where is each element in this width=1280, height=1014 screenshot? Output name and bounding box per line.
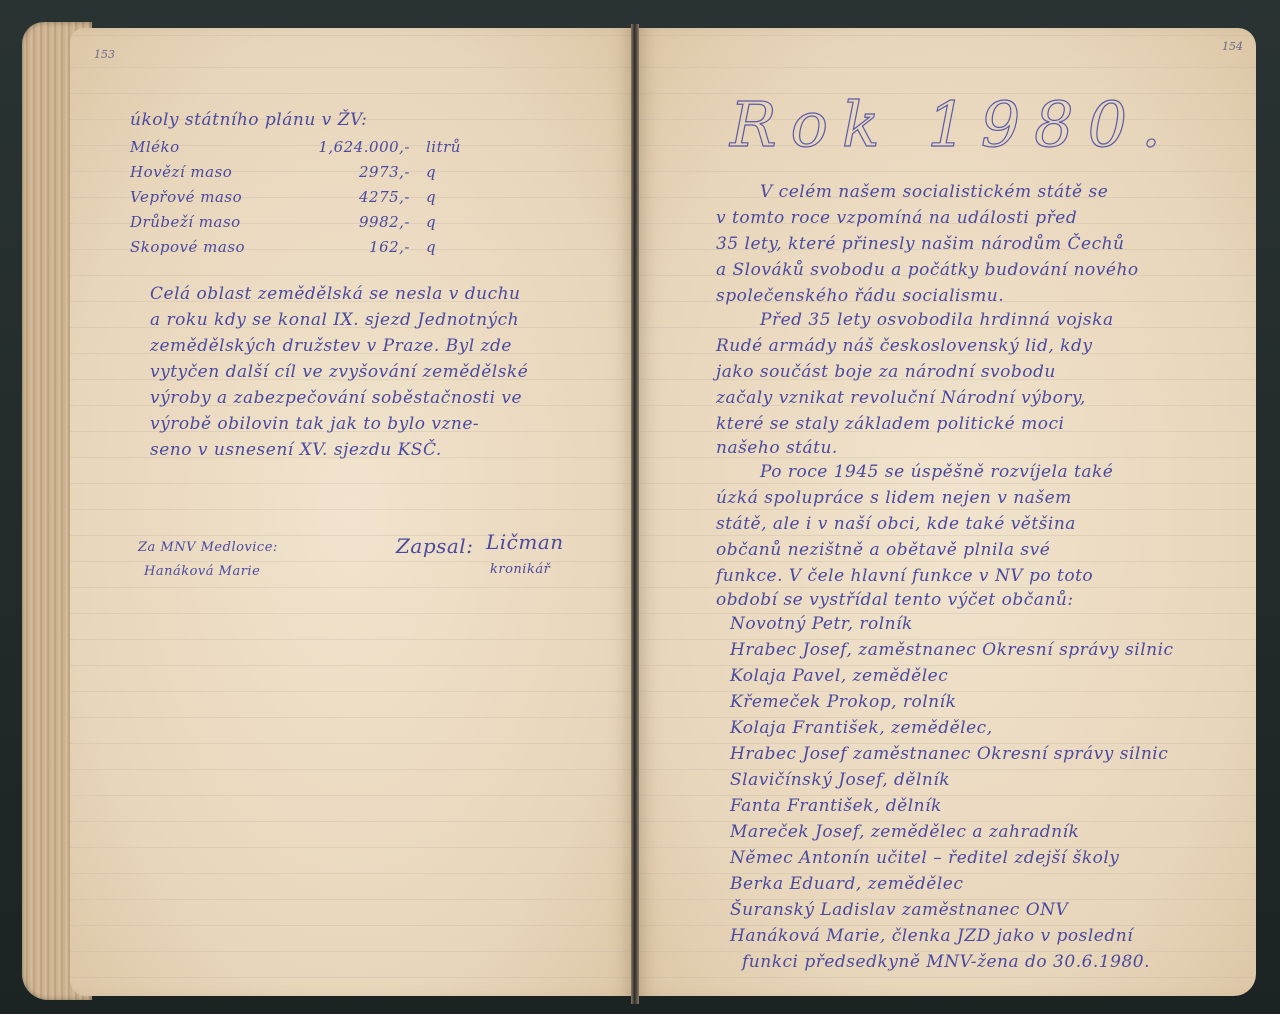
table-heading: úkoly státního plánu v ŽV: xyxy=(130,110,367,130)
signature-right-role: kronikář xyxy=(490,562,550,577)
table-unit: q xyxy=(426,238,436,256)
paragraph-line: Před 35 lety osvobodila hrdinná vojska xyxy=(760,310,1114,330)
paragraph-line: našeho státu. xyxy=(716,438,838,458)
official-list-item: Hrabec Josef, zaměstnanec Okresní správy… xyxy=(730,640,1174,660)
table-value: 1,624.000,- xyxy=(318,138,410,156)
paragraph-line: funkce. V čele hlavní funkce v NV po tot… xyxy=(716,566,1093,586)
paragraph-line: V celém našem socialistickém státě se xyxy=(760,182,1108,202)
paragraph-line: a Slováků svobodu a počátky budování nov… xyxy=(716,260,1139,280)
official-list-item: Fanta František, dělník xyxy=(730,796,942,816)
official-list-item: Křemeček Prokop, rolník xyxy=(730,692,956,712)
table-unit: q xyxy=(426,213,436,231)
paragraph-line: výrobě obilovin tak jak to bylo vzne- xyxy=(150,414,479,434)
official-list-item: funkci předsedkyně MNV-žena do 30.6.1980… xyxy=(742,952,1150,972)
table-item: Mléko xyxy=(130,138,180,156)
signature-right-label: Zapsal: xyxy=(396,534,473,558)
table-row: Mléko 1,624.000,- litrů xyxy=(130,138,470,164)
paragraph-line: Celá oblast zemědělská se nesla v duchu xyxy=(150,284,521,304)
table-row: Skopové maso 162,- q xyxy=(130,238,470,264)
paragraph-line: které se staly základem politické moci xyxy=(716,414,1064,434)
table-row: Drůbeží maso 9982,- q xyxy=(130,213,470,239)
paragraph-line: období se vystřídal tento výčet občanů: xyxy=(716,590,1074,610)
book-gutter xyxy=(631,24,639,1004)
official-list-item: Mareček Josef, zemědělec a zahradník xyxy=(730,822,1079,842)
paragraph-line: společenského řádu socialismu. xyxy=(716,286,1004,306)
official-list-item: Hanáková Marie, členka JZD jako v posled… xyxy=(730,926,1133,946)
table-value: 4275,- xyxy=(359,188,410,206)
table-unit: q xyxy=(426,188,436,206)
paragraph-line: a roku kdy se konal IX. sjezd Jednotných xyxy=(150,310,519,330)
official-list-item: Kolaja František, zemědělec, xyxy=(730,718,993,738)
table-row: Vepřové maso 4275,- q xyxy=(130,188,470,214)
page-title: Rok 1980. xyxy=(730,88,1175,161)
paragraph-line: státě, ale i v naší obci, kde také větši… xyxy=(716,514,1076,534)
official-list-item: Kolaja Pavel, zemědělec xyxy=(730,666,948,686)
table-value: 2973,- xyxy=(359,163,410,181)
table-unit: q xyxy=(426,163,436,181)
left-page-number: 153 xyxy=(94,48,115,61)
table-row: Hovězí maso 2973,- q xyxy=(130,163,470,189)
paragraph-line: úzká spolupráce s lidem nejen v našem xyxy=(716,488,1072,508)
table-item: Drůbeží maso xyxy=(130,213,241,231)
signature-right-name: Ličman xyxy=(486,530,564,554)
paragraph-line: v tomto roce vzpomíná na události před xyxy=(716,208,1077,228)
paragraph-line: občanů nezištně a obětavě plnila své xyxy=(716,540,1050,560)
table-value: 9982,- xyxy=(359,213,410,231)
paragraph-line: začaly vznikat revoluční Národní výbory, xyxy=(716,388,1086,408)
official-list-item: Němec Antonín učitel – ředitel zdejší šk… xyxy=(730,848,1119,868)
official-list-item: Novotný Petr, rolník xyxy=(730,614,913,634)
signature-left-label: Za MNV Medlovice: xyxy=(138,540,278,555)
paragraph-line: jako součást boje za národní svobodu xyxy=(716,362,1056,382)
official-list-item: Hrabec Josef zaměstnanec Okresní správy … xyxy=(730,744,1168,764)
table-item: Hovězí maso xyxy=(130,163,232,181)
official-list-item: Berka Eduard, zemědělec xyxy=(730,874,963,894)
paragraph-line: zemědělských družstev v Praze. Byl zde xyxy=(150,336,512,356)
paragraph-line: 35 lety, které přinesly našim národům Če… xyxy=(716,234,1124,254)
official-list-item: Slavičínský Josef, dělník xyxy=(730,770,950,790)
signature-left-name: Hanáková Marie xyxy=(144,564,260,579)
paragraph-line: Po roce 1945 se úspěšně rozvíjela také xyxy=(760,462,1113,482)
paragraph-line: vytyčen další cíl ve zvyšování zemědělsk… xyxy=(150,362,528,382)
table-value: 162,- xyxy=(369,238,410,256)
paragraph-line: Rudé armády náš československý lid, kdy xyxy=(716,336,1092,356)
paragraph-line: výroby a zabezpečování soběstačnosti ve xyxy=(150,388,522,408)
table-item: Skopové maso xyxy=(130,238,245,256)
right-page-number: 154 xyxy=(1222,40,1243,53)
paragraph-line: seno v usnesení XV. sjezdu KSČ. xyxy=(150,440,442,460)
official-list-item: Šuranský Ladislav zaměstnanec ONV xyxy=(730,900,1068,920)
table-item: Vepřové maso xyxy=(130,188,242,206)
table-unit: litrů xyxy=(426,138,461,156)
